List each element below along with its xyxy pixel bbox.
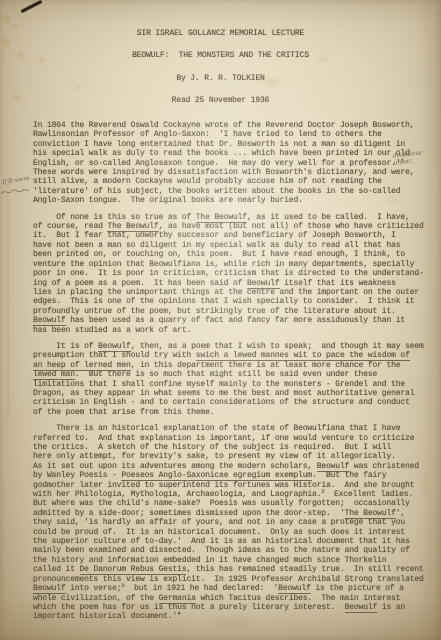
text-line: lewed man. But there is so much that mig… bbox=[33, 370, 435, 379]
handwritten-scribble-icon bbox=[0, 186, 30, 198]
text-line: whole civilization, of the Germania whic… bbox=[33, 594, 435, 603]
text-line: called it De Danorum Rebus Gestis, this … bbox=[33, 565, 435, 574]
text-line: ing of a poem as a poem. It has been sai… bbox=[33, 279, 435, 288]
text-line: of the poem that arise from this theme. bbox=[33, 408, 435, 417]
author-byline: By J. R. R. TOLKIEN bbox=[0, 74, 441, 83]
lecture-series-title: SIR ISRAEL GOLLANCZ MEMORIAL LECTURE bbox=[0, 29, 441, 38]
text-line: of course, read The Beowulf, as have mos… bbox=[33, 222, 435, 231]
document-header: SIR ISRAEL GOLLANCZ MEMORIAL LECTURE BEO… bbox=[0, 29, 441, 119]
text-line: still alive, a modern Cockayne would pro… bbox=[33, 177, 435, 186]
text-line: poor in one. It is poor in criticism, cr… bbox=[33, 269, 435, 278]
text-line: pronouncements this view is explicit. In… bbox=[33, 575, 435, 584]
text-line: could be proud of. It is an historical d… bbox=[33, 528, 435, 537]
text-line: profoundly untrue of the poem, but strik… bbox=[33, 307, 435, 316]
text-line: the superior culture of to-day.' And it … bbox=[33, 537, 435, 546]
text-line: his special walk as duly to read the boo… bbox=[33, 149, 435, 158]
text-line: As it set out upon its adventures among … bbox=[33, 462, 435, 471]
text-line: venture the opinion that Beowulfiana is,… bbox=[33, 260, 435, 269]
body-text: In 1864 the Reverend Oswald Cockayne wro… bbox=[33, 121, 435, 629]
text-line: 'literature' of his subject, the books w… bbox=[33, 187, 435, 196]
paragraph: Of none is this so true as of The Beowul… bbox=[33, 213, 435, 335]
text-line: referred to. And that explanation is imp… bbox=[33, 434, 435, 443]
text-line: lies in placing the unimportant things a… bbox=[33, 288, 435, 297]
text-line: presumption that I should try with swich… bbox=[33, 351, 435, 360]
text-line: it. But I fear that, unworthy successor … bbox=[33, 231, 435, 240]
text-line: criticism in English - and to certain co… bbox=[33, 398, 435, 407]
text-line: godmother later invited to superintend i… bbox=[33, 481, 435, 490]
text-line: In 1864 the Reverend Oswald Cockayne wro… bbox=[33, 121, 435, 130]
text-line: Dragon, as they appear in what seems to … bbox=[33, 389, 435, 398]
text-line: have not been a man so diligent in my sp… bbox=[33, 241, 435, 250]
text-line: Anglo-Saxon tongue. The original books a… bbox=[33, 196, 435, 205]
text-line: an heep of lerned men, in this departmen… bbox=[33, 361, 435, 370]
text-line: by Wanley Poesis - Poeseos Anglo-Saxonic… bbox=[33, 471, 435, 480]
handwritten-annotation-left: If B were bbox=[2, 176, 31, 186]
pen-stroke-mark bbox=[21, 0, 43, 13]
text-line: been printed on, or touching on, this po… bbox=[33, 250, 435, 259]
text-line: with her Philologia, Mythologia, Archaeo… bbox=[33, 490, 435, 499]
manuscript-page: SIR ISRAEL GOLLANCZ MEMORIAL LECTURE BEO… bbox=[0, 0, 441, 640]
paragraph: In 1864 the Reverend Oswald Cockayne wro… bbox=[33, 121, 435, 206]
text-line: here only attempt, for brevity's sake, t… bbox=[33, 452, 435, 461]
text-line: These words were inspired by dissatisfac… bbox=[33, 168, 435, 177]
text-line: limitations that I shall confine myself … bbox=[33, 380, 435, 389]
text-line: the critics. A sketch of the history of … bbox=[33, 443, 435, 452]
text-line: the history and information embedded in … bbox=[33, 556, 435, 565]
text-line: admitted by a side-door; sometimes dismi… bbox=[33, 509, 435, 518]
text-line: Beowulf has been used as a quarry of fac… bbox=[33, 316, 435, 325]
text-line: There is an historical explanation of th… bbox=[33, 424, 435, 433]
annotation-text: If B were bbox=[2, 176, 31, 186]
paragraph: There is an historical explanation of th… bbox=[33, 424, 435, 622]
paragraph: It is of Beowulf, then, as a poem that I… bbox=[33, 342, 435, 417]
text-line: edges. This is one of the opinions that … bbox=[33, 297, 435, 306]
text-line: Beowulf into verse;3 but in 1921 he had … bbox=[33, 584, 435, 593]
document-title: BEOWULF: THE MONSTERS AND THE CRITICS bbox=[0, 51, 441, 60]
text-line: which the poem has for us is thus not a … bbox=[33, 603, 435, 612]
text-line: Rawlinsonian Professor of Anglo-Saxon: '… bbox=[33, 130, 435, 139]
text-line: conviction I have long entertained that … bbox=[33, 140, 435, 149]
text-line: Of none is this so true as of The Beowul… bbox=[33, 213, 435, 222]
text-line: important historical document.'4 bbox=[33, 612, 435, 621]
stain bbox=[2, 14, 12, 24]
text-line: has been studied as a work of art. bbox=[33, 326, 435, 335]
text-line: English, or so-called Anglosaxon tongue.… bbox=[33, 159, 435, 168]
text-line: It is of Beowulf, then, as a poem that I… bbox=[33, 342, 435, 351]
text-line: they said, 'is hardly an affair of yours… bbox=[33, 518, 435, 527]
read-date: Read 25 November 1936 bbox=[0, 96, 441, 105]
text-line: But where was the child's name-sake? Poe… bbox=[33, 499, 435, 508]
text-line: mainly been examined and dissected. Thou… bbox=[33, 546, 435, 555]
